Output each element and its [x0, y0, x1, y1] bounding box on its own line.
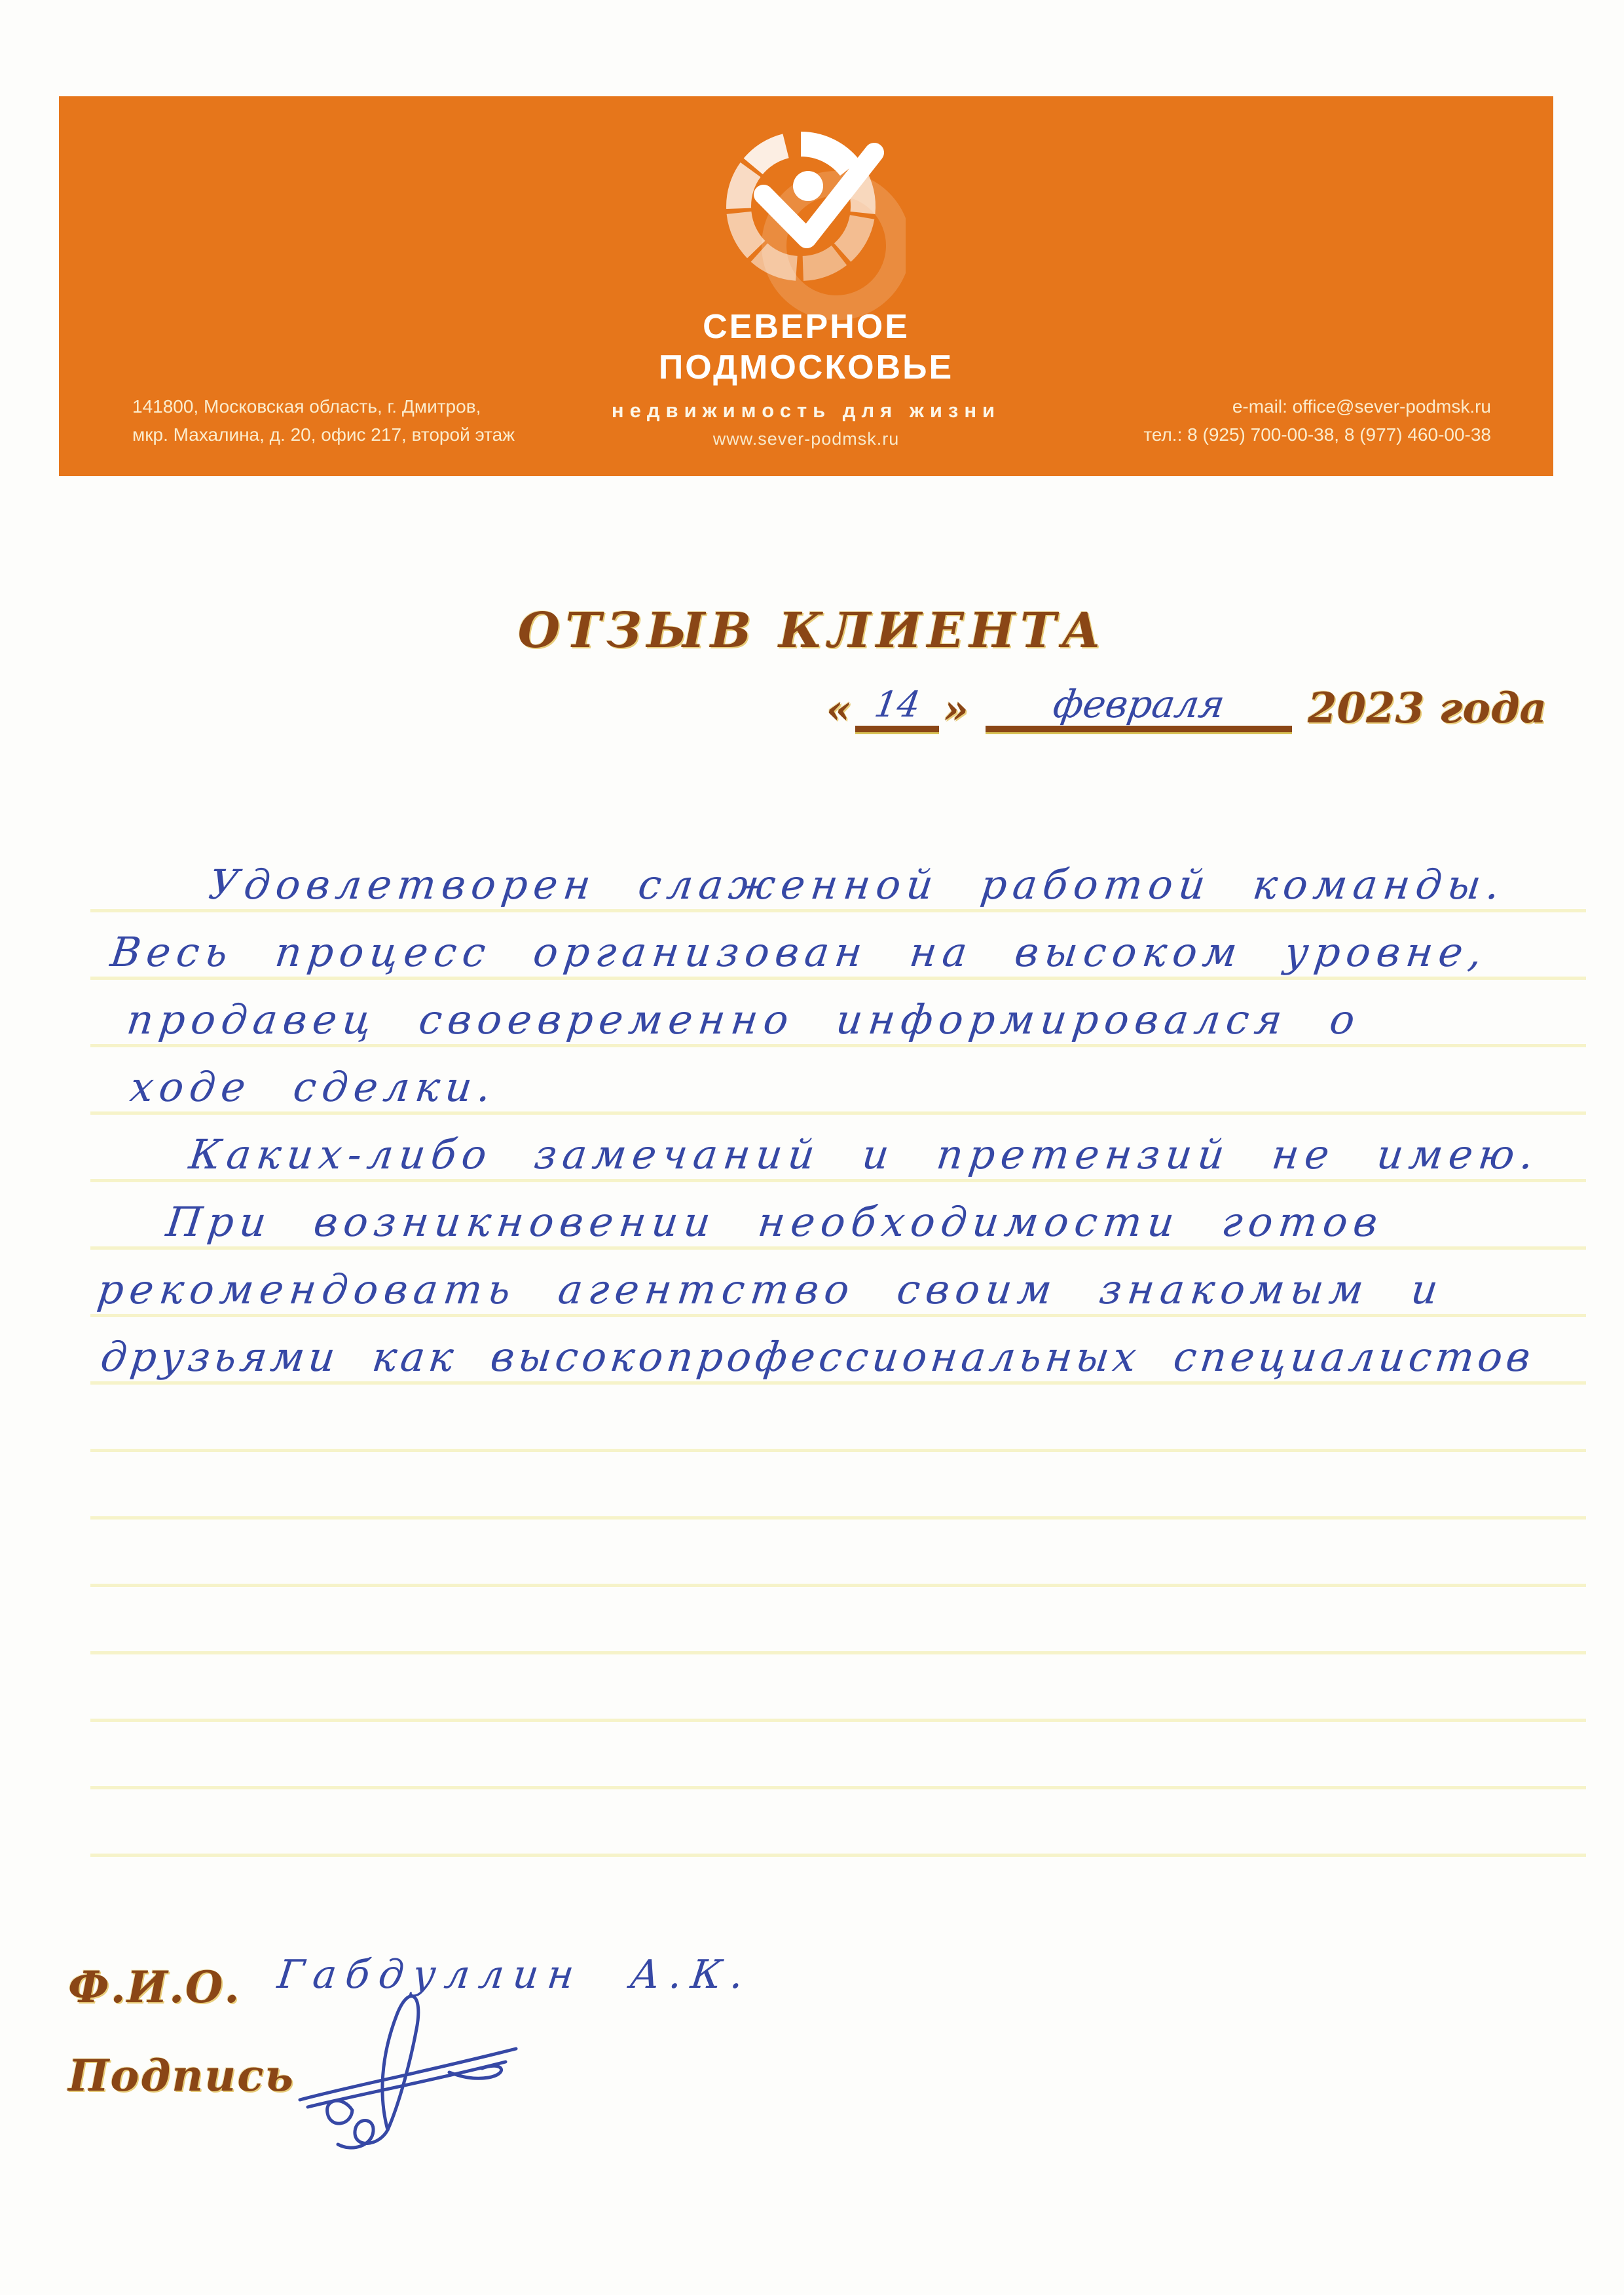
- company-name-line1: СЕВЕРНОЕ: [59, 307, 1553, 346]
- review-text-line: ходе сделки.: [128, 1064, 499, 1110]
- signature-label: Подпись: [68, 2050, 295, 2101]
- review-text-line: При возникновении необходимости готов: [164, 1199, 1386, 1245]
- company-name-line2: ПОДМОСКОВЬЕ: [59, 348, 1553, 387]
- review-text-line: Каких-либо замечаний и претензий не имею…: [187, 1132, 1542, 1178]
- review-text-line: друзьями как высокопрофессиональных спец…: [98, 1334, 1537, 1380]
- scanned-review-document: СЕВЕРНОЕ ПОДМОСКОВЬЕ недвижимость для жи…: [0, 0, 1624, 2295]
- company-contacts: e-mail: office@sever-podmsk.ru тел.: 8 (…: [1143, 392, 1491, 449]
- header-banner: СЕВЕРНОЕ ПОДМОСКОВЬЕ недвижимость для жи…: [59, 96, 1553, 476]
- company-logo-icon: [696, 108, 906, 324]
- review-text-line: Весь процесс организован на высоком уров…: [108, 929, 1490, 975]
- fio-label: Ф.И.О.: [68, 1962, 240, 2013]
- address-line1: 141800, Московская область, г. Дмитров,: [132, 392, 515, 420]
- date-close-quote: »: [943, 686, 969, 732]
- review-text-line: рекомендовать агентство своим знакомым и: [95, 1267, 1447, 1313]
- company-address: 141800, Московская область, г. Дмитров, …: [132, 392, 515, 449]
- date-year: 2023 года: [1308, 685, 1547, 732]
- company-email: e-mail: office@sever-podmsk.ru: [1143, 392, 1491, 420]
- address-line2: мкр. Махалина, д. 20, офис 217, второй э…: [132, 420, 515, 449]
- handwritten-month: февраля: [1050, 682, 1227, 726]
- date-month-field: февраля: [986, 682, 1292, 732]
- company-phone: тел.: 8 (925) 700-00-38, 8 (977) 460-00-…: [1143, 420, 1491, 449]
- date-line: « 14 » февраля 2023 года: [826, 682, 1547, 732]
- date-open-quote: «: [826, 686, 851, 732]
- review-text-line: продавец своевременно информировался о: [124, 997, 1363, 1043]
- review-text-line: Удовлетворен слаженной работой команды.: [206, 862, 1508, 908]
- handwritten-signature: [288, 1978, 537, 2155]
- date-day-field: 14: [855, 684, 939, 732]
- handwritten-day: 14: [872, 684, 923, 726]
- page-title: ОТЗЫВ КЛИЕНТА: [0, 603, 1624, 659]
